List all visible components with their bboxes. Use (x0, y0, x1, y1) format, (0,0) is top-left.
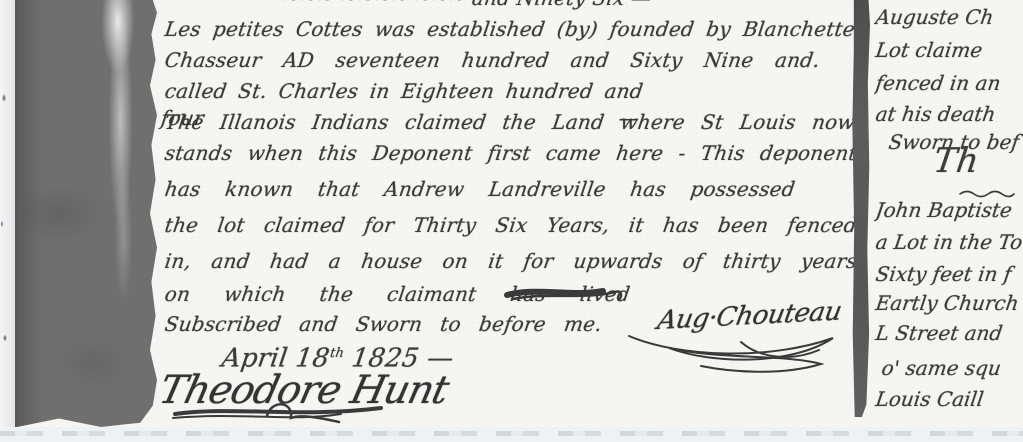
manuscript-line: The Illanois Indians claimed the Land wh… (163, 109, 857, 136)
right-column-line: a Lot in the Tow (874, 229, 1023, 255)
right-column-line: Auguste Ch (874, 4, 995, 30)
right-column-line: o' same squ (880, 355, 1003, 381)
manuscript-line: Subscribed and Sworn to before me. (163, 311, 604, 338)
deposition-text-block: ~~~ ~~~~ ~~~ and Ninety Six — Les petite… (163, 0, 855, 442)
manuscript-line: Les petites Cottes was established (by) … (163, 16, 857, 43)
scanned-document: ~~~ ~~~~ ~~~ and Ninety Six — Les petite… (0, 0, 1023, 442)
right-column-line: L Street and (874, 320, 1004, 346)
right-column-line: Sixty feet in f (874, 261, 1013, 287)
right-page-column: Auguste Ch Lot claime fenced in an at hi… (874, 0, 1023, 427)
manuscript-line: Chasseur AD seventeen hundred and Sixty … (163, 47, 822, 74)
manuscript-line: called St. Charles in Eighteen hundred a… (163, 78, 645, 105)
lived-dash-flourish (503, 283, 633, 305)
chouteau-flourish (621, 328, 856, 380)
manuscript-line: the lot claimed for Thirty Six Years, it… (163, 212, 859, 239)
manuscript-line: stands when this Deponent first came her… (163, 140, 859, 167)
right-column-signature-fragment: Th (932, 148, 980, 174)
right-column-line: Louis Caill (874, 386, 985, 412)
page-separator-band (852, 0, 870, 417)
binding-gutter-shadow (17, 0, 157, 427)
right-column-line: fenced in an (874, 70, 1002, 96)
right-column-line: Eartly Church (874, 290, 1021, 316)
right-column-line: John Baptiste (874, 197, 1014, 223)
manuscript-line: in, and had a house on it for upwards of… (163, 248, 859, 275)
right-column-line: at his death (874, 101, 997, 127)
manuscript-line: has known that Andrew Landreville has po… (163, 176, 797, 203)
page-left-edge (0, 0, 17, 442)
scan-bottom-edge (0, 427, 1023, 442)
manuscript-line-fragment: ~~~ ~~~~ ~~~ and Ninety Six — (281, 0, 653, 12)
hunt-flourish (171, 400, 391, 426)
right-column-line: Lot claime (874, 37, 984, 63)
